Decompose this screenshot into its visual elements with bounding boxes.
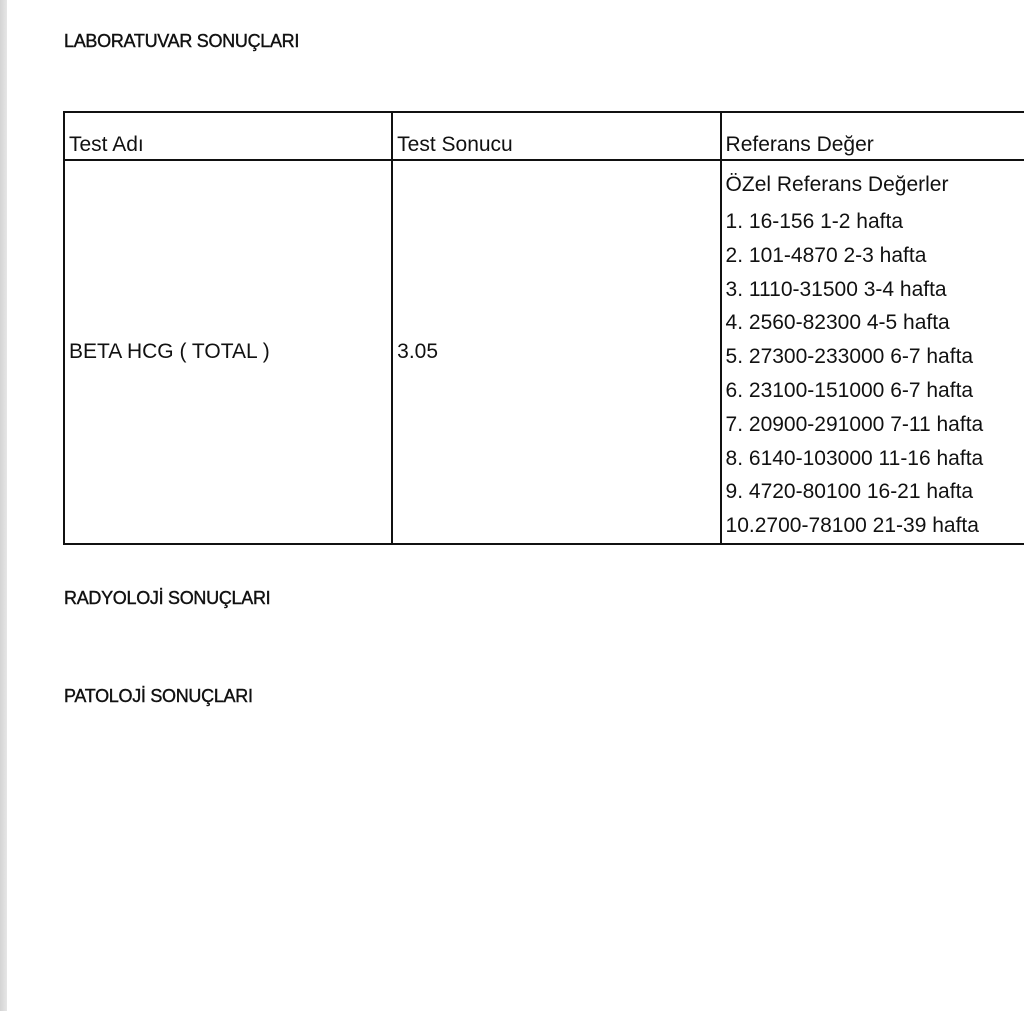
header-test-name: Test Adı [64,112,392,160]
reference-line: 6. 23100-151000 6-7 hafta [726,374,1024,408]
reference-line: 2. 101-4870 2-3 hafta [726,239,1024,273]
page-left-edge [0,0,7,1011]
reference-line: 10.2700-78100 21-39 hafta [726,509,1024,543]
table-header-row: Test Adı Test Sonucu Referans Değer [64,112,1024,160]
reference-line: 7. 20900-291000 7-11 hafta [726,408,1024,442]
reference-line: 3. 1110-31500 3-4 hafta [726,273,1024,307]
reference-line: 8. 6140-103000 11-16 hafta [726,442,1024,476]
header-reference-value: Referans Değer [721,112,1024,160]
cell-test-name: BETA HCG ( TOTAL ) [64,160,392,544]
header-test-result: Test Sonucu [392,112,720,160]
reference-title: ÖZel Referans Değerler [726,175,1024,205]
reference-line: 4. 2560-82300 4-5 hafta [726,306,1024,340]
table-row: BETA HCG ( TOTAL ) 3.05 ÖZel Referans De… [64,160,1024,544]
cell-test-result: 3.05 [392,160,720,544]
laboratory-results-heading: LABORATUVAR SONUÇLARI [64,31,299,52]
radiology-results-heading: RADYOLOJİ SONUÇLARI [64,588,270,609]
pathology-results-heading: PATOLOJİ SONUÇLARI [64,686,253,707]
lab-results-table: Test Adı Test Sonucu Referans Değer BETA… [63,111,1024,545]
reference-line: 9. 4720-80100 16-21 hafta [726,475,1024,509]
reference-line: 1. 16-156 1-2 hafta [726,205,1024,239]
reference-line: 5. 27300-233000 6-7 hafta [726,340,1024,374]
cell-reference-values: ÖZel Referans Değerler 1. 16-156 1-2 haf… [721,160,1024,544]
